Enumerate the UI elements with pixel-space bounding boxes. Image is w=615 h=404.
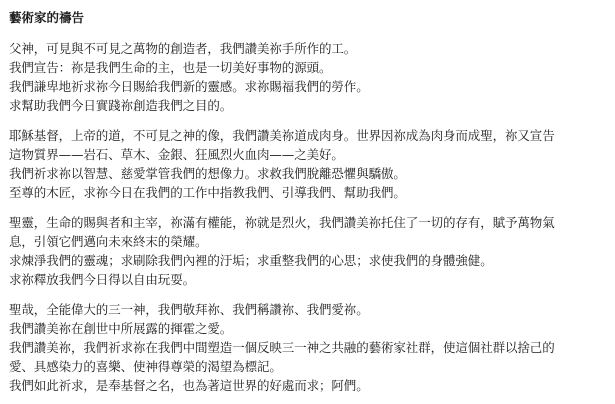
text-line: 我們祈求祢以智慧、慈愛掌管我們的想像力。求救我們脫離恐懼與驕傲。 [9,164,606,183]
text-line: 我們如此祈求，是奉基督之名，也為著這世界的好處而求；阿們。 [9,376,606,395]
text-line: 至尊的木匠，求祢今日在我們的工作中指教我們、引導我們、幫助我們。 [9,183,606,202]
text-line: 我們謙卑地祈求祢今日賜給我們新的靈感。求祢賜福我們的勞作。 [9,77,606,96]
document-title: 藝術家的禱告 [9,8,606,27]
text-line: 我們讚美祢，我們祈求祢在我們中間塑造一個反映三一神之共融的藝術家社群，使這個社群… [9,338,606,357]
text-line: 聖靈，生命的賜與者和主宰，祢滿有權能，祢就是烈火，我們讚美祢托住了一切的存有，賦… [9,213,606,232]
text-line: 求幫助我們今日實踐祢創造我們之目的。 [9,96,606,115]
text-line: 求煉淨我們的靈魂；求刷除我們內裡的汙垢；求重整我們的心思；求使我們的身體強健。 [9,251,606,270]
paragraph-spirit: 聖靈，生命的賜與者和主宰，祢滿有權能，祢就是烈火，我們讚美祢托住了一切的存有，賦… [9,213,606,289]
paragraph-father: 父神，可見與不可見之萬物的創造者，我們讚美祢手所作的工。 我們宣告：祢是我們生命… [9,39,606,115]
text-line: 求祢釋放我們今日得以自由玩耍。 [9,270,606,289]
text-line: 這物質界——岩石、草木、金銀、狂風烈火血肉——之美好。 [9,145,606,164]
paragraph-trinity: 聖哉，全能偉大的三一神，我們敬拜祢、我們稱讚祢、我們愛祢。 我們讚美祢在創世中所… [9,300,606,395]
text-line: 聖哉，全能偉大的三一神，我們敬拜祢、我們稱讚祢、我們愛祢。 [9,300,606,319]
text-line: 父神，可見與不可見之萬物的創造者，我們讚美祢手所作的工。 [9,39,606,58]
paragraph-son: 耶穌基督，上帝的道，不可見之神的像，我們讚美祢道成肉身。世界因祢成為肉身而成聖，… [9,126,606,202]
text-line: 息，引領它們邁向未來終末的榮耀。 [9,232,606,251]
text-line: 耶穌基督，上帝的道，不可見之神的像，我們讚美祢道成肉身。世界因祢成為肉身而成聖，… [9,126,606,145]
text-line: 愛、具感染力的喜樂、使神得尊榮的渴望為標記。 [9,357,606,376]
text-line: 我們讚美祢在創世中所展露的揮霍之愛。 [9,319,606,338]
prayer-document: 藝術家的禱告 父神，可見與不可見之萬物的創造者，我們讚美祢手所作的工。 我們宣告… [0,0,615,395]
text-line: 我們宣告：祢是我們生命的主，也是一切美好事物的源頭。 [9,58,606,77]
